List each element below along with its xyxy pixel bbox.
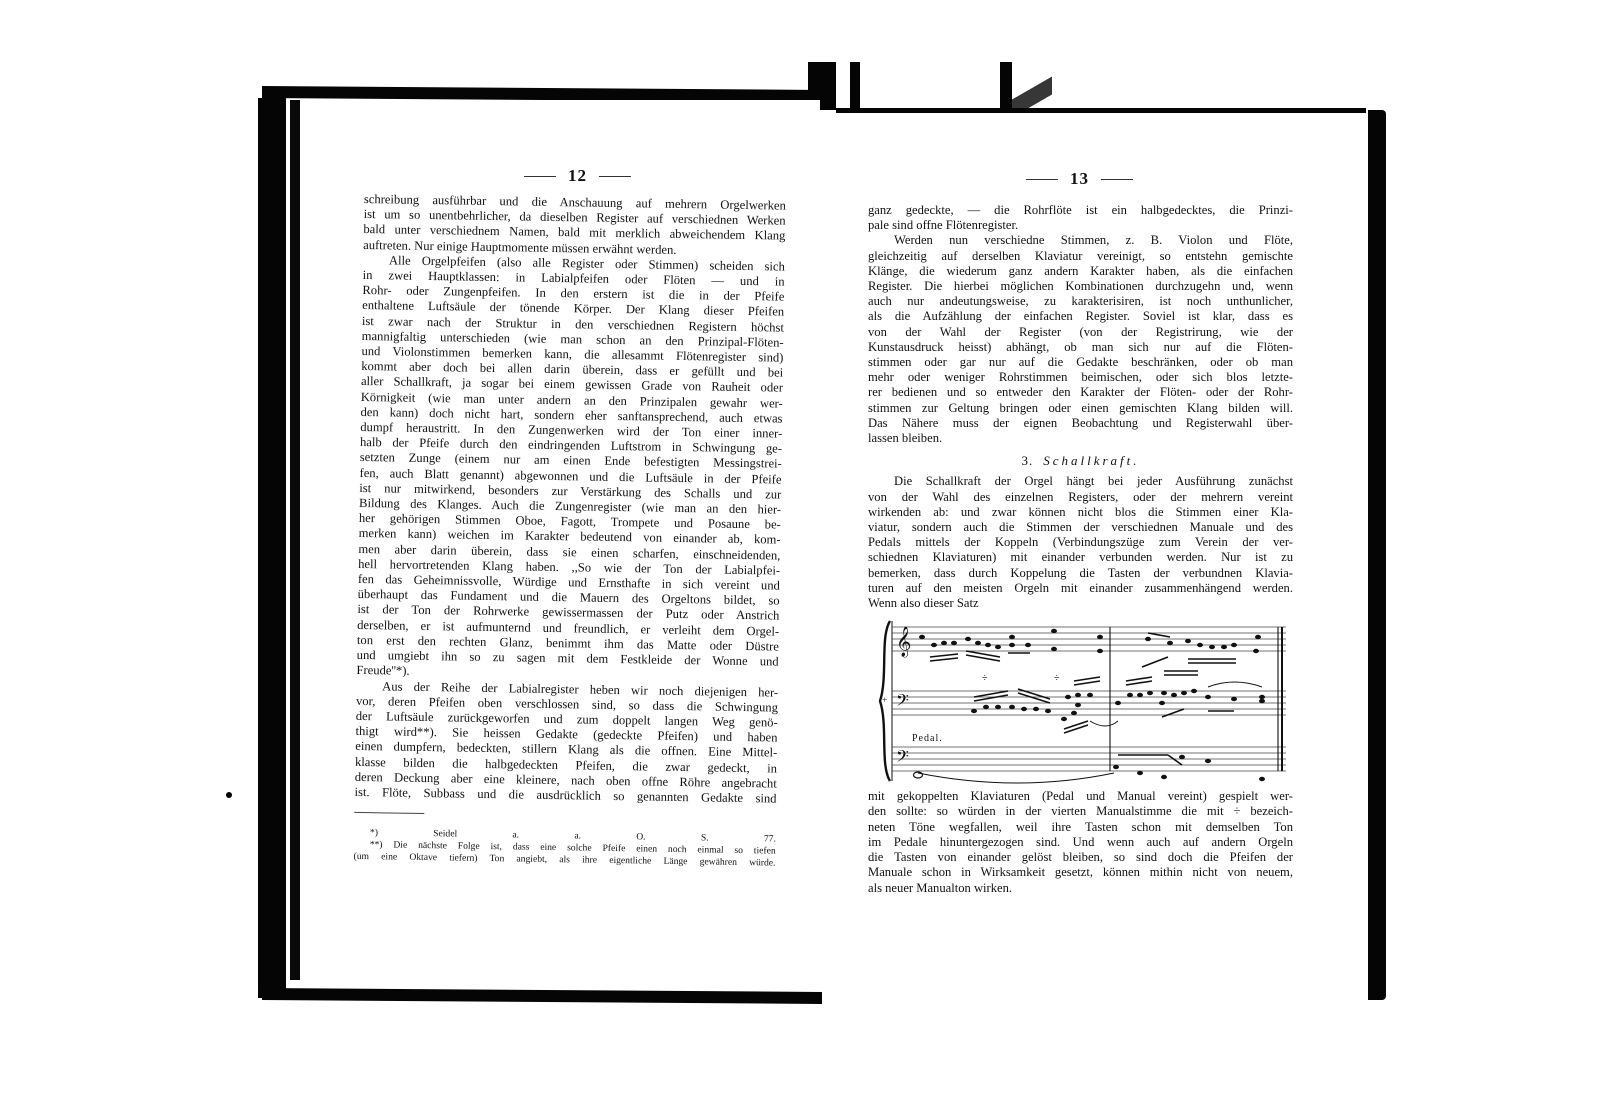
scan-artifact [850,62,860,108]
text-line: pale sind offne Flötenregister. [868,218,1293,233]
svg-text:÷: ÷ [1054,673,1060,684]
svg-text:÷: ÷ [982,673,988,684]
section-number: 3. [1021,453,1033,468]
page-number-rule [524,176,556,177]
text-line: von der Wahl des einzelnen Registers, od… [868,490,1293,505]
page-number-rule [599,176,631,177]
book-spine-pages [290,100,300,980]
svg-text:+: + [882,695,887,705]
text-line: neten Töne wegfallen, weil ihre Tasten s… [868,820,1293,835]
text-line: Manuale schon in Wirksamkeit gesetzt, kö… [868,865,1293,880]
text-line: schiednen Klaviaturen) mit einander verb… [868,550,1293,565]
text-line: auch nur andeutungsweise, zu karakterisi… [868,294,1293,309]
text-line: bemerken, dass durch Koppelung die Taste… [868,566,1293,581]
text-line: lassen bleiben. [868,431,1293,446]
book-cover-right-edge [1368,110,1386,1000]
text-line: die Tasten von einander gelöst bleiben, … [868,850,1293,865]
body-text-before-heading: ganz gedeckte, — die Rohrflöte ist ein h… [868,203,1293,446]
score-staves-graphic: 𝄞 𝄢 𝄢 [878,617,1290,785]
scan-artifact [1000,62,1012,108]
svg-text:𝄢: 𝄢 [896,748,909,770]
body-text: schreibung ausführbar und die Anschauung… [354,192,785,807]
svg-text:𝄢: 𝄢 [896,692,909,714]
book-cover-left-edge [258,98,286,998]
book-cover-bottom-edge-left [262,988,822,1004]
text-line: Pedals mittels der Koppeln (Verbindungsz… [868,535,1293,550]
text-line: ganz gedeckte, — die Rohrflöte ist ein h… [868,203,1293,218]
page-number-text: 13 [1070,169,1089,189]
text-line: viatur, sondern auch die Stimmen der ver… [868,520,1293,535]
page-edge-stripe [287,105,290,975]
pedal-label: Pedal. [912,731,943,746]
music-score: 𝄞 𝄢 𝄢 [878,617,1290,785]
text-line: Die Schallkraft der Orgel hängt bei jede… [868,474,1293,489]
right-page-body: ganz gedeckte, — die Rohrflöte ist ein h… [868,203,1293,896]
body-text-after-score: mit gekoppelten Klaviaturen (Pedal und M… [868,789,1293,895]
text-line: Klänge, die wiederum ganz andern Karakte… [868,264,1293,279]
page-number-rule [1101,179,1133,180]
text-line: turen auf den meisten Orgeln mit einande… [868,581,1293,596]
text-line: Kunstausdruck heisst) abhängt, ob man si… [868,340,1293,355]
text-line: Wenn also dieser Satz [868,596,1293,611]
right-page: 13 ganz gedeckte, — die Rohrflöte ist ei… [836,113,1366,993]
page-number-right: 13 [1026,169,1133,189]
body-text-after-heading: Die Schallkraft der Orgel hängt bei jede… [868,474,1293,611]
scan-speck [226,792,232,798]
text-line: Register. Die hierbei möglichen Kombinat… [868,279,1293,294]
text-line: als die Aufzählung der einfachen Registe… [868,309,1293,324]
text-line: stimmen zur Geltung bringen oder einen g… [868,401,1293,416]
page-number-text: 12 [568,166,587,186]
page-number-left: 12 [524,166,631,186]
left-page-body: schreibung ausführbar und die Anschauung… [353,192,785,870]
text-line: mehr oder weniger Rohrstimmen beimischen… [868,370,1293,385]
text-line: wirkenden ab: und zwar können nicht blos… [868,505,1293,520]
text-line: Werden nun verschiedne Stimmen, z. B. Vi… [868,233,1293,248]
text-line: mit gekoppelten Klaviaturen (Pedal und M… [868,789,1293,804]
text-line: als neuer Manualton wirken. [868,881,1293,896]
text-line: von der Wahl der Register (von der Regis… [868,325,1293,340]
text-line: rer bedienen und so entweder den Karakte… [868,385,1293,400]
section-title: Schallkraft. [1043,453,1139,468]
text-line: im Pedale hinuntergezogen sind. Und wenn… [868,835,1293,850]
text-line: Das Nähere muss der eignen Beobachtung u… [868,416,1293,431]
text-line: stimmen oder gar nur auf die Gedakte bes… [868,355,1293,370]
svg-text:𝄞: 𝄞 [896,626,911,658]
page-number-rule [1026,179,1058,180]
footnotes: *) Seidel a. a. O. S. 77.**) Die nächste… [353,827,776,870]
text-line: gleichzeitig auf derselben Klaviatur ver… [868,249,1293,264]
footnote-divider [354,812,424,814]
text-line: den sollte: so würden in der vierten Man… [868,804,1293,819]
left-page: 12 schreibung ausführbar und die Anschau… [300,100,820,988]
section-heading: 3.Schallkraft. [868,453,1293,468]
